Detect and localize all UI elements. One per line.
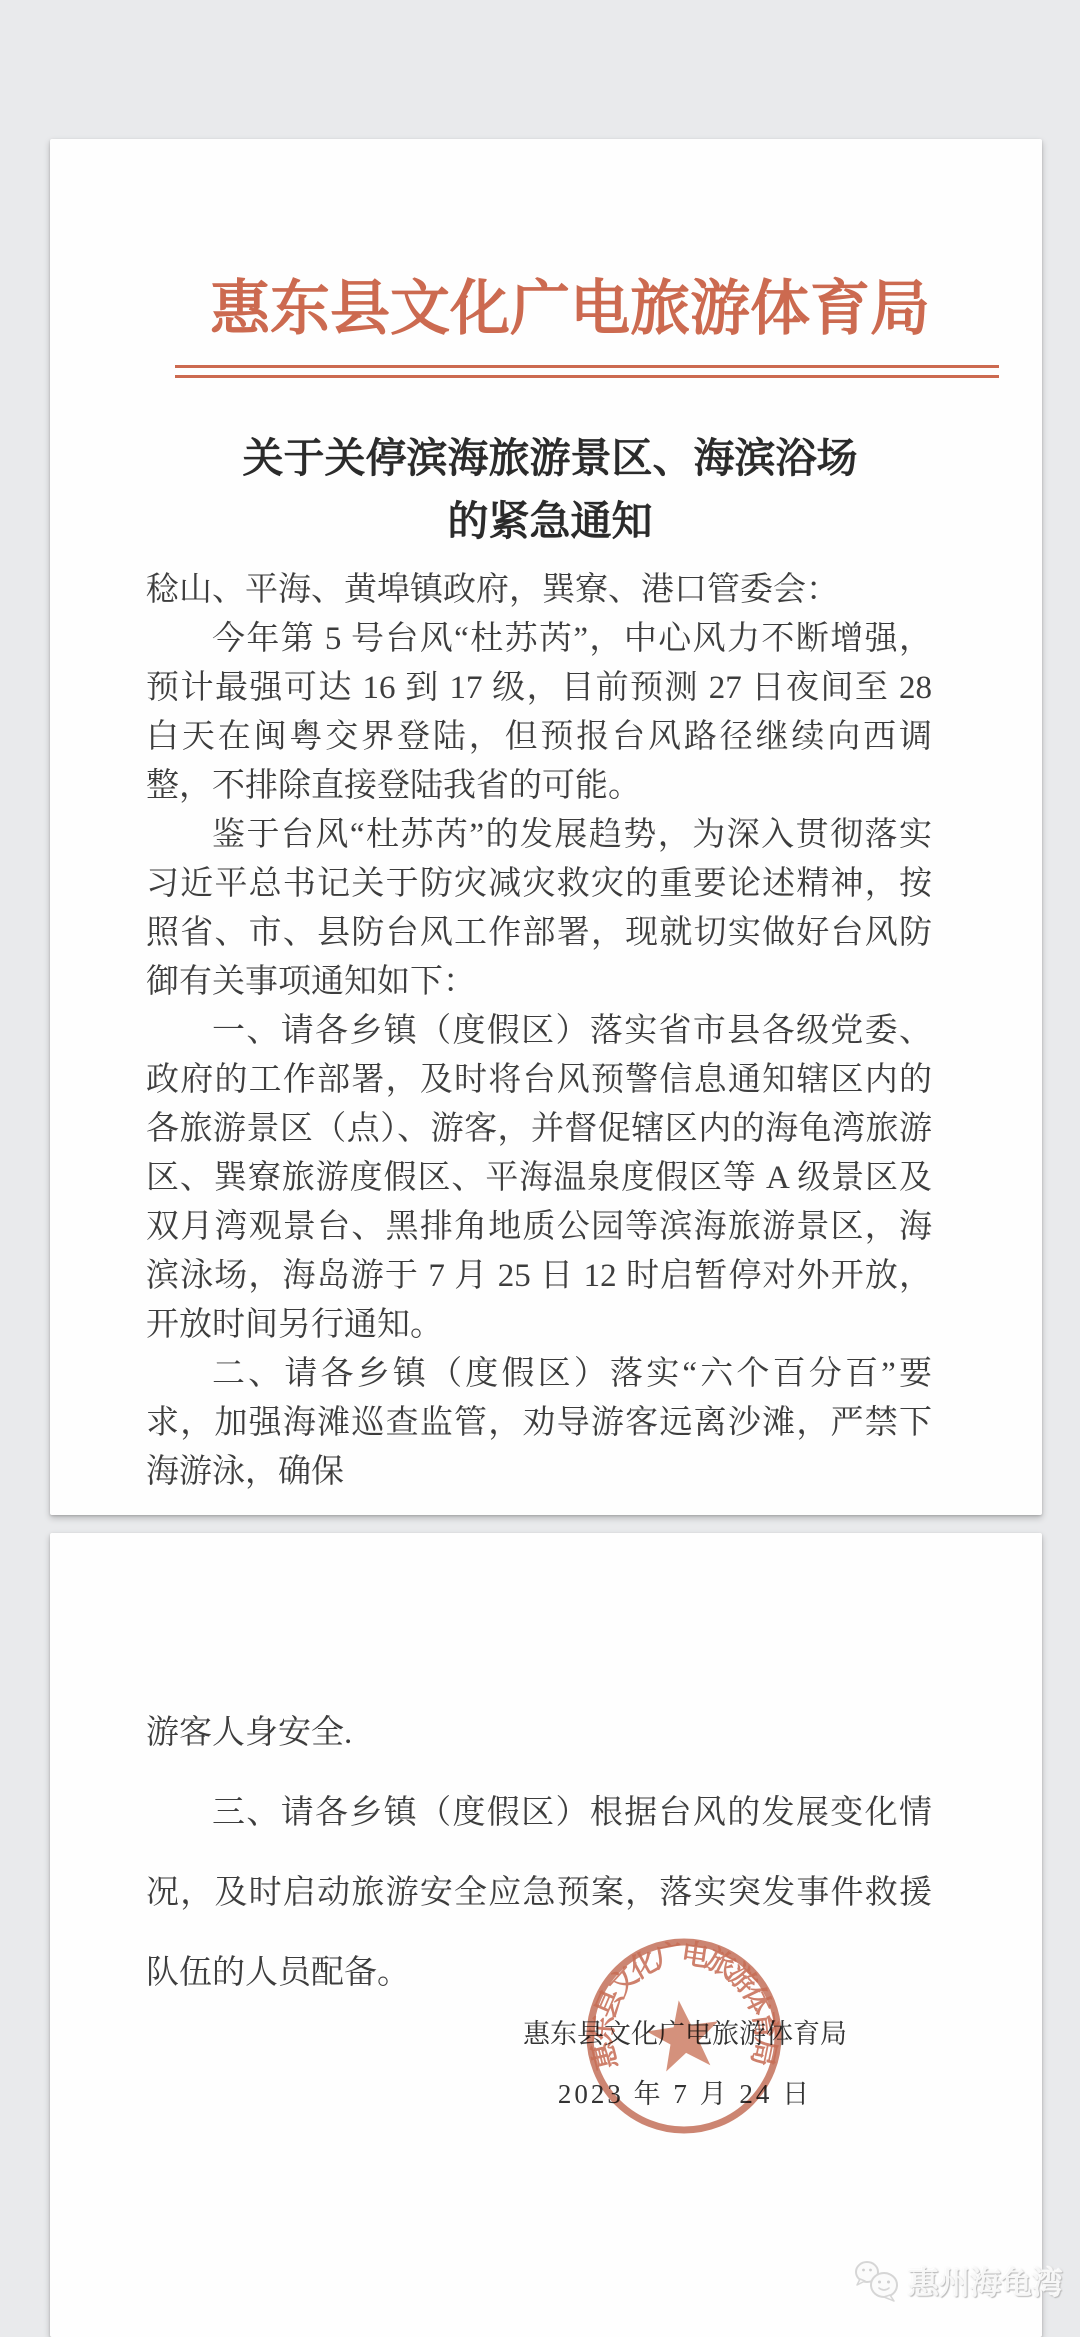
wechat-icon	[852, 2259, 902, 2303]
continuation-line: 游客人身安全.	[146, 1693, 932, 1773]
watermark-label: 惠州海龟湾	[908, 2258, 1063, 2303]
official-seal-stamp: 惠东县文化广电旅游体育局	[574, 1926, 794, 2146]
page2-body: 游客人身安全. 三、请各乡镇（度假区）根据台风的发展变化情况，及时启动旅游安全应…	[146, 1693, 932, 2013]
document-page-2: 游客人身安全. 三、请各乡镇（度假区）根据台风的发展变化情况，及时启动旅游安全应…	[50, 1533, 1042, 2337]
paragraph: 今年第 5 号台风“杜苏芮”，中心风力不断增强，预计最强可达 16 到 17 级…	[146, 615, 932, 811]
document-page-1: 惠东县文化广电旅游体育局 关于关停滨海旅游景区、海滨浴场 的紧急通知 稔山、平海…	[50, 139, 1042, 1515]
paragraph: 三、请各乡镇（度假区）根据台风的发展变化情况，及时启动旅游安全应急预案，落实突发…	[146, 1773, 932, 2013]
seal-star-icon	[643, 1995, 724, 2073]
letterhead-agency-title: 惠东县文化广电旅游体育局	[210, 261, 930, 347]
document-title-line1: 关于关停滨海旅游景区、海滨浴场	[54, 427, 1046, 490]
document-title: 关于关停滨海旅游景区、海滨浴场 的紧急通知	[54, 427, 1046, 553]
document-title-line2: 的紧急通知	[54, 490, 1046, 553]
paragraph: 鉴于台风“杜苏芮”的发展趋势，为深入贯彻落实习近平总书记关于防灾减灾救灾的重要论…	[146, 811, 932, 1007]
letterhead-double-rule	[175, 365, 999, 378]
paragraph: 二、请各乡镇（度假区）落实“六个百分百”要求，加强海滩巡查监管，劝导游客远离沙滩…	[146, 1350, 932, 1497]
wechat-watermark: 惠州海龟湾	[852, 2258, 1063, 2303]
page1-body: 稔山、平海、黄埠镇政府，巽寮、港口管委会： 今年第 5 号台风“杜苏芮”，中心风…	[146, 566, 932, 1497]
salutation: 稔山、平海、黄埠镇政府，巽寮、港口管委会：	[146, 566, 932, 615]
screenshot-root: 惠东县文化广电旅游体育局 关于关停滨海旅游景区、海滨浴场 的紧急通知 稔山、平海…	[0, 0, 1080, 2337]
paragraph: 一、请各乡镇（度假区）落实省市县各级党委、政府的工作部署，及时将台风预警信息通知…	[146, 1007, 932, 1350]
